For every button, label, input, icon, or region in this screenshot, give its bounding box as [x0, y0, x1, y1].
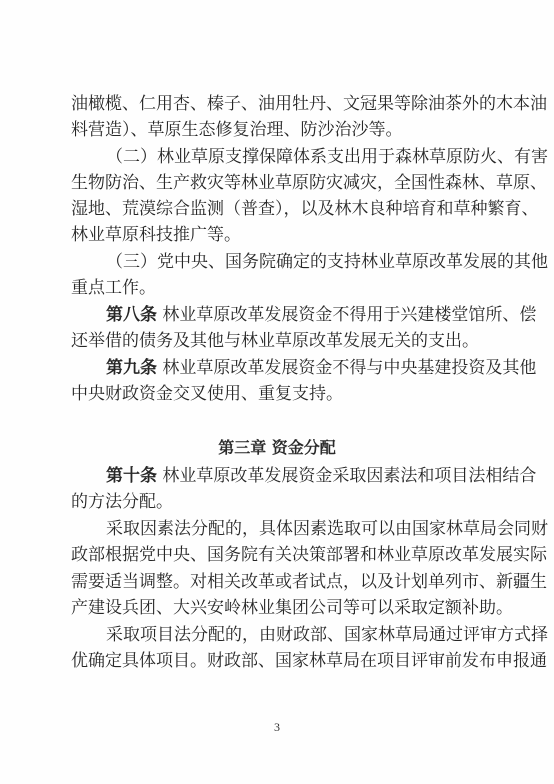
article-10: 第十条 林业草原改革发展资金采取因素法和项目法相结合: [106, 465, 482, 487]
page-number: 3: [267, 719, 287, 735]
clause-item-3: （三）党中央、国务院确定的支持林业草原改革发展的其他: [106, 251, 482, 273]
text-line: 中央财政资金交叉使用、重复支持。: [71, 383, 482, 405]
text-line: 的方法分配。: [71, 491, 482, 513]
text-line: 还举借的债务及其他与林业草原改革发展无关的支出。: [71, 330, 482, 352]
text-line: 产建设兵团、大兴安岭林业集团公司等可以采取定额补助。: [71, 597, 482, 619]
document-page: 油橄榄、仁用杏、榛子、油用牡丹、文冠果等除油茶外的木本油 料营造）、草原生态修复…: [0, 0, 554, 784]
text-line: 湿地、荒漠综合监测（普查），以及林木良种培育和草种繁育、: [71, 198, 482, 220]
text-line: 重点工作。: [71, 277, 482, 299]
text-line: 政部根据党中央、国务院有关决策部署和林业草原改革发展实际: [71, 544, 482, 566]
paragraph-factor-method: 采取因素法分配的，具体因素选取可以由国家林草局会同财: [106, 518, 482, 540]
text-line: 林业草原科技推广等。: [71, 224, 482, 246]
article-9: 第九条 林业草原改革发展资金不得与中央基建投资及其他: [106, 357, 482, 379]
text-line: 需要适当调整。对相关改革或者试点，以及计划单列市、新疆生: [71, 571, 482, 593]
article-label: 第十条: [106, 466, 157, 486]
article-text: 林业草原改革发展资金不得与中央基建投资及其他: [157, 358, 536, 378]
paragraph-project-method: 采取项目法分配的，由财政部、国家林草局通过评审方式择: [106, 624, 482, 646]
article-label: 第八条: [106, 305, 157, 325]
text-line: 生物防治、生产救灾等林业草原防灾减灾，全国性森林、草原、: [71, 172, 482, 194]
article-8: 第八条 林业草原改革发展资金不得用于兴建楼堂馆所、偿: [106, 304, 482, 326]
article-label: 第九条: [106, 358, 157, 378]
article-text: 林业草原改革发展资金不得用于兴建楼堂馆所、偿: [157, 305, 536, 325]
text-line: 优确定具体项目。财政部、国家林草局在项目评审前发布申报通: [71, 650, 482, 672]
text-line: 油橄榄、仁用杏、榛子、油用牡丹、文冠果等除油茶外的木本油: [71, 93, 482, 115]
clause-item-2: （二）林业草原支撑保障体系支出用于森林草原防火、有害: [106, 146, 482, 168]
article-text: 林业草原改革发展资金采取因素法和项目法相结合: [157, 466, 536, 486]
text-line: 料营造）、草原生态修复治理、防沙治沙等。: [71, 119, 482, 141]
chapter-heading: 第三章 资金分配: [71, 437, 483, 459]
